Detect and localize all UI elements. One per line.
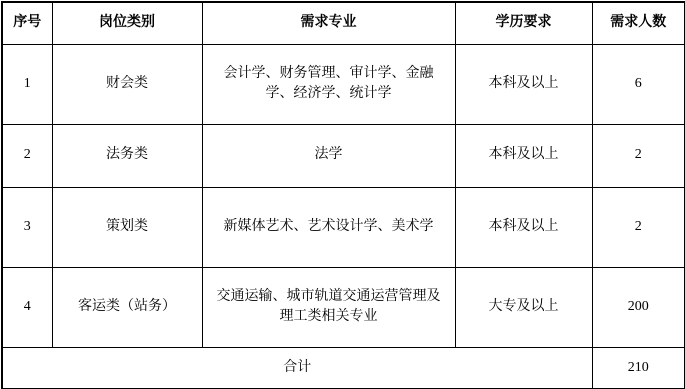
cell-serial-number: 1: [2, 44, 52, 124]
cell-position-category: 财会类: [52, 44, 202, 124]
cell-headcount: 6: [592, 44, 685, 124]
total-label: 合计: [2, 347, 592, 389]
header-serial-number: 序号: [2, 2, 52, 44]
table-row: 2 法务类 法学 本科及以上 2: [2, 124, 685, 187]
cell-serial-number: 2: [2, 124, 52, 187]
table-row: 3 策划类 新媒体艺术、艺术设计学、美术学 本科及以上 2: [2, 187, 685, 267]
recruitment-requirements-table: 序号 岗位类别 需求专业 学历要求 需求人数 1 财会类 会计学、财务管理、审计…: [1, 1, 685, 389]
cell-education-requirement: 本科及以上: [455, 44, 592, 124]
cell-position-category: 法务类: [52, 124, 202, 187]
cell-required-majors: 法学: [202, 124, 455, 187]
header-position-category: 岗位类别: [52, 2, 202, 44]
cell-serial-number: 4: [2, 267, 52, 347]
cell-headcount: 2: [592, 187, 685, 267]
cell-required-majors: 交通运输、城市轨道交通运营管理及理工类相关专业: [202, 267, 455, 347]
header-headcount: 需求人数: [592, 2, 685, 44]
cell-headcount: 200: [592, 267, 685, 347]
cell-headcount: 2: [592, 124, 685, 187]
total-row: 合计 210: [2, 347, 685, 389]
header-education-requirement: 学历要求: [455, 2, 592, 44]
cell-required-majors: 会计学、财务管理、审计学、金融学、经济学、统计学: [202, 44, 455, 124]
cell-education-requirement: 大专及以上: [455, 267, 592, 347]
table-row: 4 客运类（站务） 交通运输、城市轨道交通运营管理及理工类相关专业 大专及以上 …: [2, 267, 685, 347]
cell-position-category: 策划类: [52, 187, 202, 267]
cell-position-category: 客运类（站务）: [52, 267, 202, 347]
header-required-majors: 需求专业: [202, 2, 455, 44]
table-row: 1 财会类 会计学、财务管理、审计学、金融学、经济学、统计学 本科及以上 6: [2, 44, 685, 124]
cell-serial-number: 3: [2, 187, 52, 267]
cell-required-majors: 新媒体艺术、艺术设计学、美术学: [202, 187, 455, 267]
total-headcount: 210: [592, 347, 685, 389]
recruitment-requirements-page: 序号 岗位类别 需求专业 学历要求 需求人数 1 财会类 会计学、财务管理、审计…: [0, 0, 685, 389]
cell-education-requirement: 本科及以上: [455, 124, 592, 187]
table-header-row: 序号 岗位类别 需求专业 学历要求 需求人数: [2, 2, 685, 44]
cell-education-requirement: 本科及以上: [455, 187, 592, 267]
